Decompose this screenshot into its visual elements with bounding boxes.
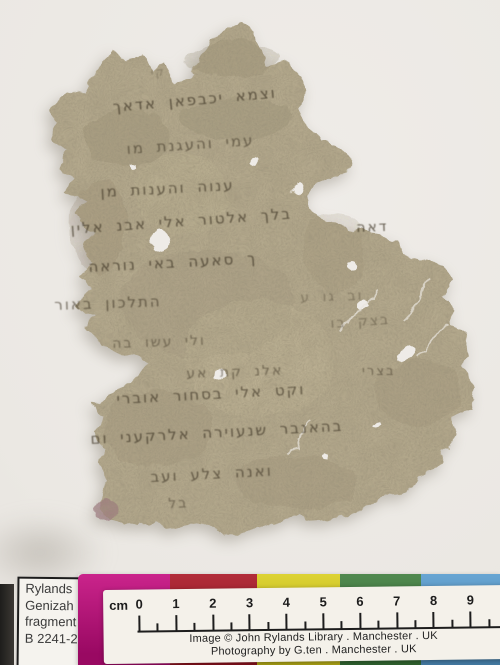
- ruler-unit-label: cm: [109, 598, 128, 613]
- label-line-3: fragment: [25, 614, 83, 631]
- ruler-card: cm Image © John Rylands Library . Manche…: [103, 585, 500, 664]
- ruler-number-7: 7: [387, 593, 407, 608]
- ruler-tick-major: [322, 613, 324, 629]
- photography-credit-line: Photography by G.ten . Manchester . UK: [159, 643, 469, 659]
- ruler-tick-major: [396, 612, 398, 628]
- ruler-number-2: 2: [203, 596, 223, 611]
- ruler-number-4: 4: [276, 595, 296, 610]
- manuscript-fragment: [0, 0, 500, 665]
- ruler-tick-major: [212, 615, 214, 631]
- black-calibration-strip: [0, 584, 14, 665]
- ruler-number-6: 6: [350, 594, 370, 609]
- ruler-tick-minor: [414, 620, 416, 628]
- ruler-tick-minor: [451, 620, 453, 628]
- ruler-tick-minor: [267, 622, 269, 630]
- label-line-1: Rylands: [25, 581, 83, 598]
- ruler-tick-minor: [194, 623, 196, 631]
- ruler-number-8: 8: [423, 593, 443, 608]
- ruler-number-1: 1: [166, 596, 186, 611]
- ruler-tick-major: [175, 615, 177, 631]
- label-line-2: Genizah: [25, 597, 83, 614]
- ruler-tick-minor: [230, 622, 232, 630]
- ruler-tick-minor: [304, 622, 306, 630]
- ruler-tick-minor: [341, 621, 343, 629]
- ruler-tick-minor: [488, 619, 490, 627]
- ruler-tick-minor: [157, 623, 159, 631]
- ruler-number-5: 5: [313, 594, 333, 609]
- photograph-stage: קיוצמא יכבפאן אדאךעמי והעגנת מוענוה והענ…: [0, 0, 500, 665]
- fragment-stain: [90, 493, 116, 517]
- shelfmark-label: Rylands Genizah fragment B 2241-2: [17, 577, 86, 665]
- label-line-4: B 2241-2: [25, 630, 83, 647]
- ruler-tick-major: [285, 614, 287, 630]
- ruler-tick-major: [433, 612, 435, 628]
- ruler-tick-major: [469, 611, 471, 627]
- ruler-tick-minor: [378, 621, 380, 629]
- ruler-number-3: 3: [239, 595, 259, 610]
- ruler-number-9: 9: [460, 592, 480, 607]
- ruler-tick-major: [138, 616, 140, 632]
- ruler-tick-major: [359, 613, 361, 629]
- ruler-number-0: 0: [129, 596, 149, 611]
- ruler-tick-major: [249, 614, 251, 630]
